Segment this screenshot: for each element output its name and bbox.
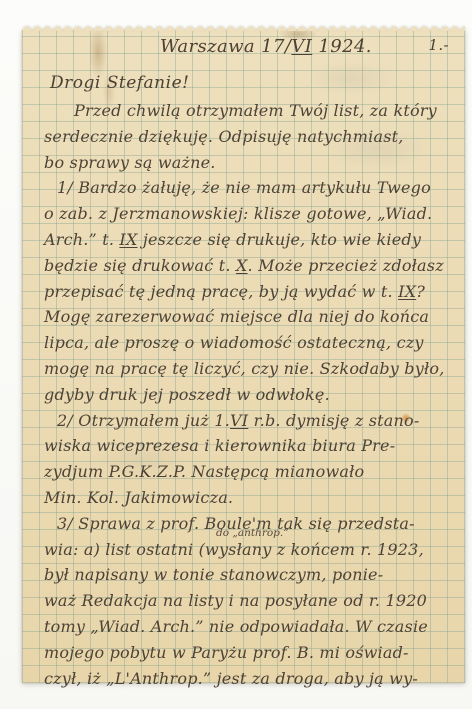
letter-header: Warszawa 17/VI 1924. 1.-: [44, 36, 455, 68]
letter-line: gdyby druk jej poszedł w odwłokę.: [44, 382, 455, 408]
letter-line: Arch.” t. IX jeszcze się drukuje, kto wi…: [44, 227, 455, 253]
date-line: Warszawa 17/VI 1924.: [160, 36, 372, 57]
roman-numeral: VI: [291, 36, 312, 57]
letter-line: 1/ Bardzo żałuję, że nie mam artykułu Tw…: [44, 175, 455, 201]
roman-numeral: IX: [119, 230, 137, 249]
letter-line: tomy „Wiad. Arch.” nie odpowiadała. W cz…: [44, 614, 455, 640]
letter-line: czył, iż „L'Anthrop.” jest za droga, aby…: [44, 666, 455, 692]
letter-line: przepisać tę jedną pracę, by ją wydać w …: [44, 279, 455, 305]
scan-background: Warszawa 17/VI 1924. 1.- Drogi Stefanie!…: [0, 0, 472, 709]
letter-line: 2/ Otrzymałem już 1.VI r.b. dymisję z st…: [44, 408, 455, 434]
roman-numeral: VI: [230, 411, 248, 430]
letter-line: mogę na pracę tę liczyć, czy nie. Szkoda…: [44, 356, 455, 382]
letter-line: będzie się drukować t. X. Może przecież …: [44, 253, 455, 279]
letter-line: lipca, ale proszę o wiadomość ostateczną…: [44, 330, 455, 356]
letter-line: Przed chwilą otrzymałem Twój list, za kt…: [44, 98, 455, 124]
letter-line: serdecznie dziękuję. Odpisuję natychmias…: [44, 124, 455, 150]
letter-line: o zab. z Jerzmanowskiej: klisze gotowe, …: [44, 201, 455, 227]
page-number: 1.-: [428, 36, 449, 54]
perforated-edge: [22, 23, 465, 31]
letter-line: zydjum P.G.K.Z.P. Następcą mianowało: [44, 459, 455, 485]
letter-line: bo sprawy są ważne.: [44, 150, 455, 176]
letter-line: mojego pobytu w Paryżu prof. B. mi oświa…: [44, 640, 455, 666]
letter-line: wia: a) list ostatni (wysłany z końcem r…: [44, 537, 455, 563]
letter-line: waż Redakcja na listy i na posyłane od r…: [44, 588, 455, 614]
letter-line: Min. Kol. Jakimowicza.: [44, 485, 455, 511]
letter-line: wiska wiceprezesa i kierownika biura Pre…: [44, 433, 455, 459]
roman-numeral: IX: [398, 282, 416, 301]
letter-body: Przed chwilą otrzymałem Twój list, za kt…: [44, 98, 455, 691]
letter-paper: Warszawa 17/VI 1924. 1.- Drogi Stefanie!…: [22, 30, 465, 683]
interlinear-note: do „anthrop.”: [216, 528, 289, 538]
salutation: Drogi Stefanie!: [44, 68, 455, 98]
letter-line: był napisany w tonie stanowczym, ponie-: [44, 562, 455, 588]
letter-line: Mogę zarezerwować miejsce dla niej do ko…: [44, 304, 455, 330]
roman-numeral: X: [236, 256, 248, 275]
